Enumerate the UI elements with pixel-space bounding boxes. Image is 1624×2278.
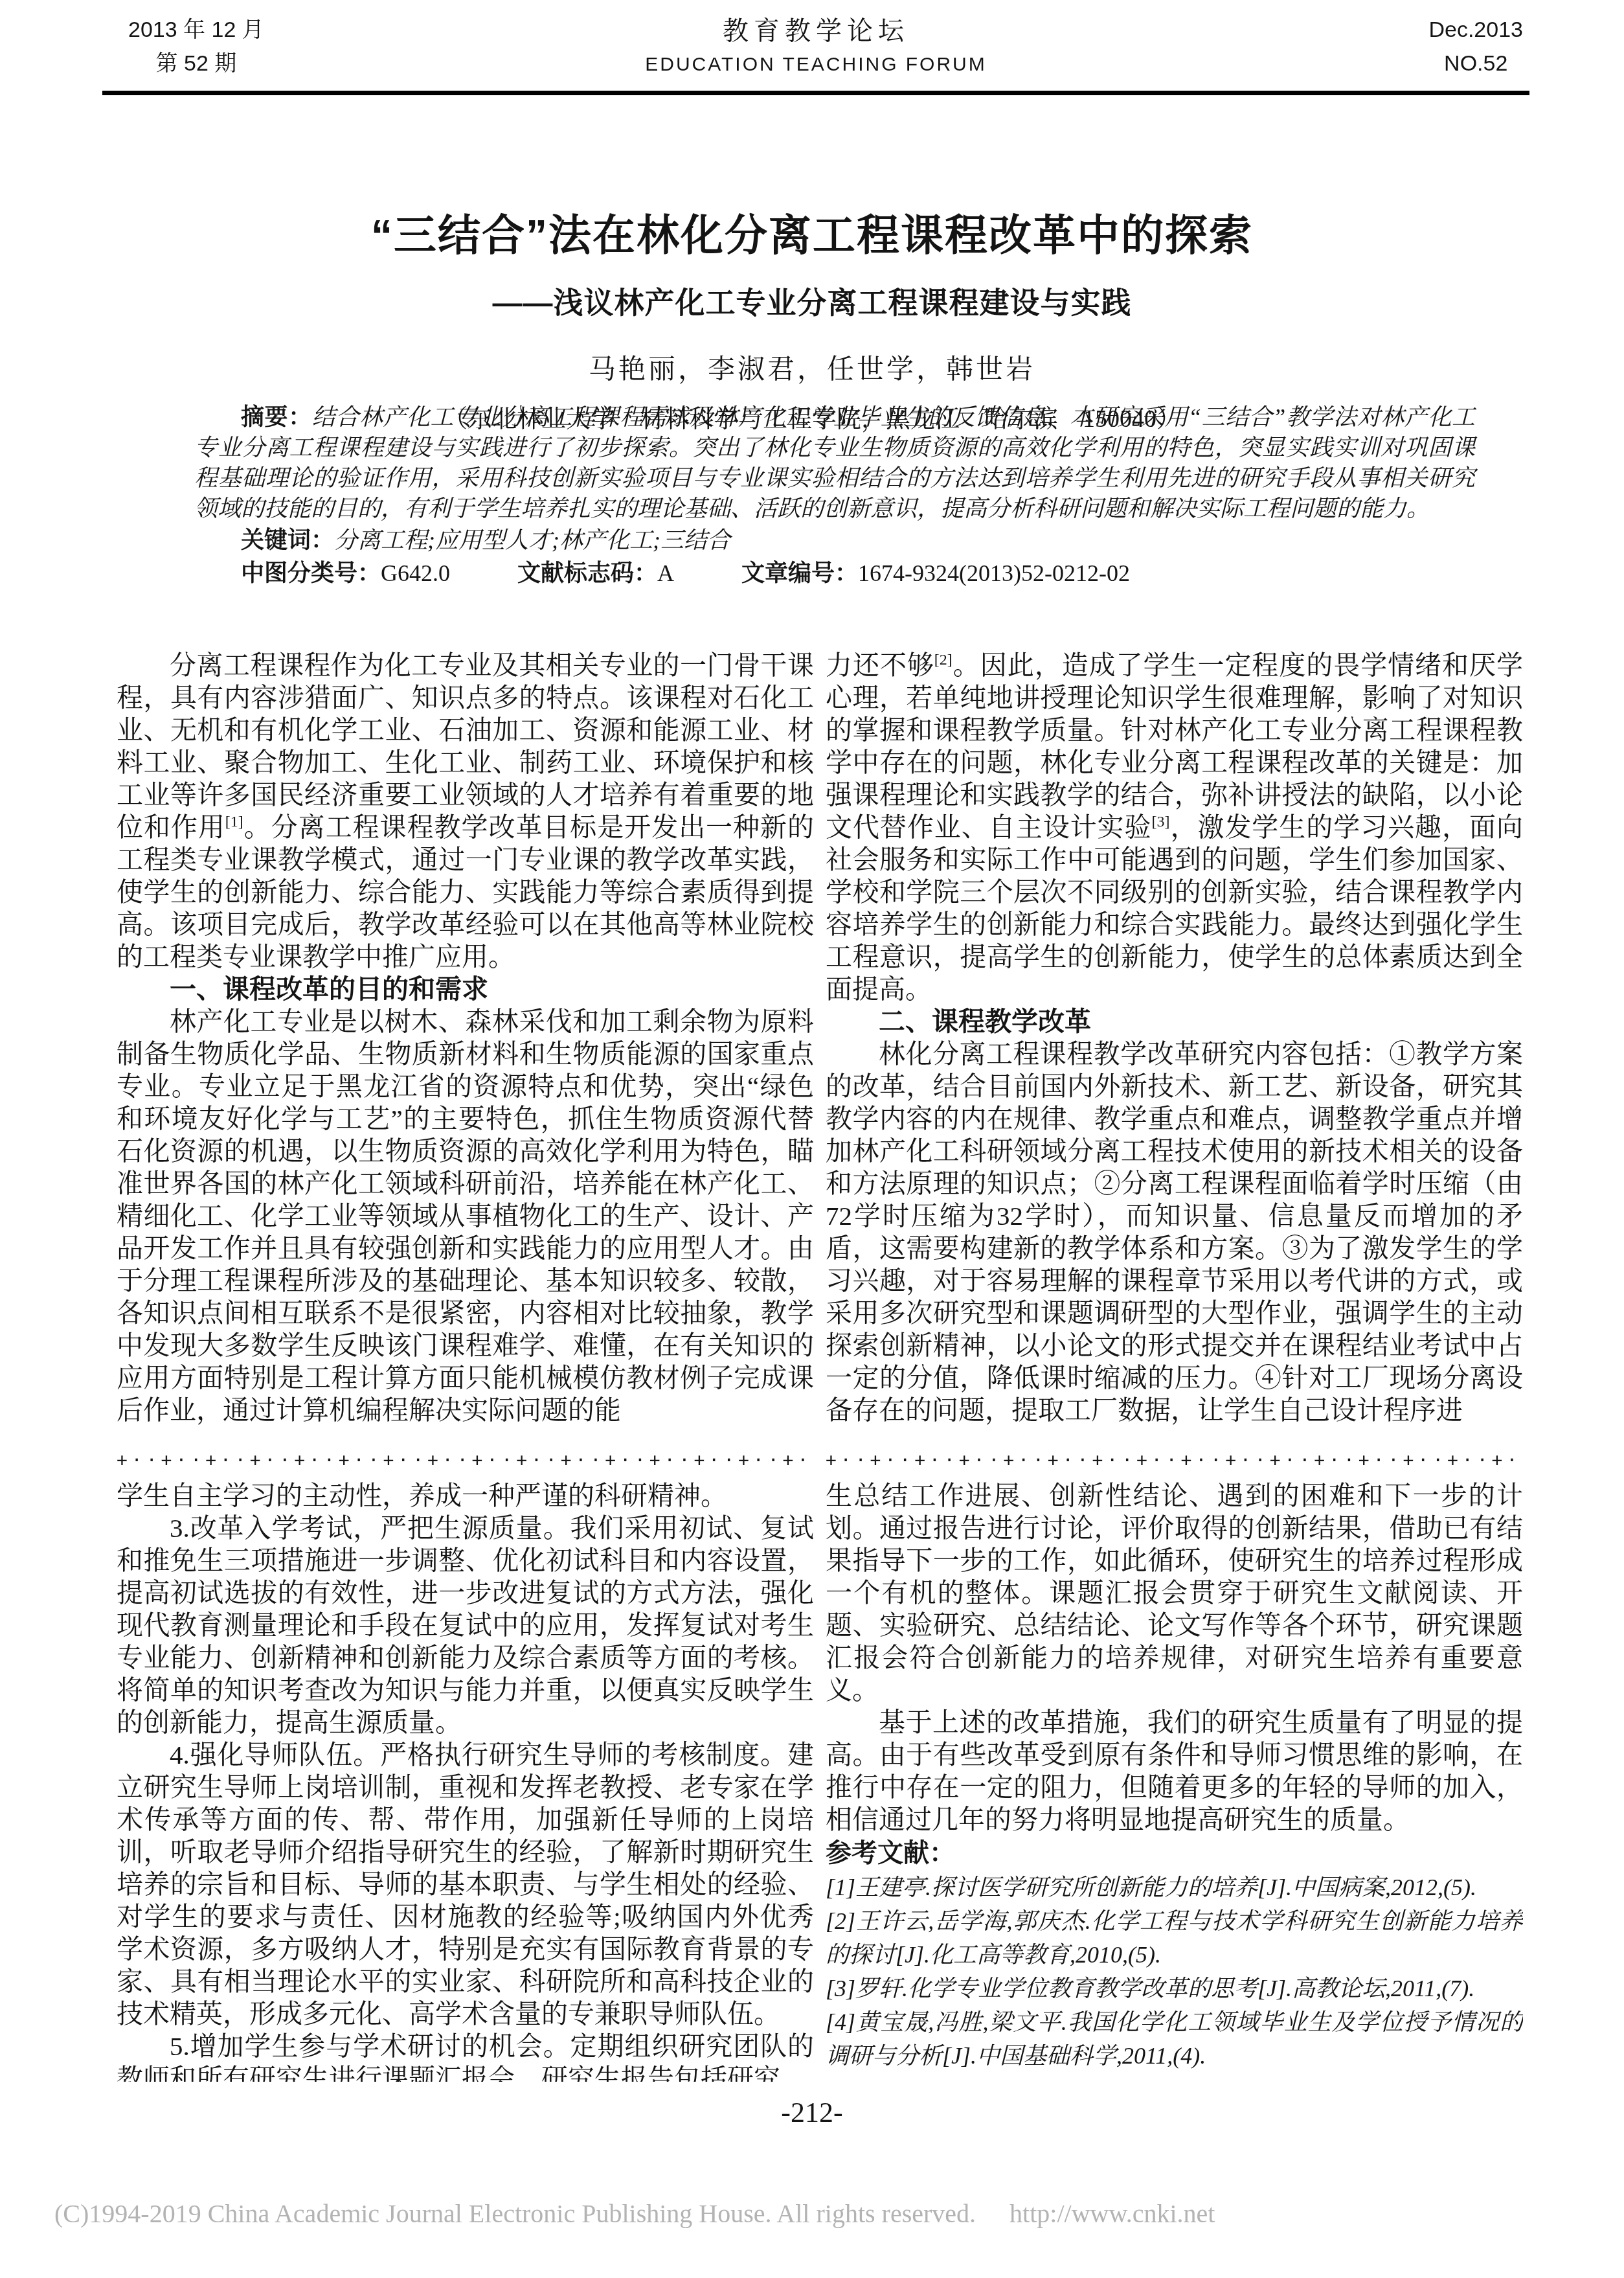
continuation-paragraph: 学生自主学习的主动性，养成一种严谨的科研精神。 <box>117 1479 814 1512</box>
reference-item: [2]王许云,岳学海,郭庆杰.化学工程与技术学科研究生创新能力培养的探讨[J].… <box>826 1904 1523 1972</box>
article-title-block: “三结合”法在林化分离工程课程改革中的探索 ——浅议林产化工专业分离工程课程建设… <box>0 201 1624 434</box>
left-column-other-article: 学生自主学习的主动性，养成一种严谨的科研精神。 3.改革入学考试，严把生源质量。… <box>117 1479 814 2082</box>
copyright-notice: (C)1994-2019 China Academic Journal Elec… <box>54 2199 976 2228</box>
cnki-url: http://www.cnki.net <box>1009 2199 1215 2228</box>
abstract-block: 摘要：结合林产化工专业分离工程课程需求及林产化工专业毕业生的反馈信息，本研究采用… <box>194 402 1475 590</box>
reference-item: [1]王建亭.探讨医学研究所创新能力的培养[J].中国病案,2012,(5). <box>826 1871 1523 1904</box>
doc-code-pair: 文献标志码：A <box>517 560 674 586</box>
clc-pair: 中图分类号：G642.0 <box>241 560 450 586</box>
right-column-other-article: 生总结工作进展、创新性结论、遇到的困难和下一步的计划。通过报告进行讨论，评价取得… <box>826 1479 1523 2082</box>
page-number: -212- <box>0 2096 1624 2129</box>
doc-code-label: 文献标志码： <box>517 560 657 586</box>
header-issue-block-cn: 2013 年 12 月 第 52 期 <box>128 13 264 80</box>
article-id: 1674-9324(2013)52-0212-02 <box>858 560 1130 586</box>
paragraph: 林化分离工程课程教学改革研究内容包括：①教学方案的改革，结合目前国内外新技术、新… <box>826 1038 1523 1426</box>
keywords-text: 分离工程;应用型人才;林产化工;三结合 <box>334 527 730 553</box>
right-column: 力还不够[2]。因此，造成了学生一定程度的畏学情绪和厌学心理，若单纯地讲授理论知… <box>826 649 1523 2082</box>
journal-date-en: Dec.2013 <box>1428 13 1523 47</box>
journal-header: 2013 年 12 月 第 52 期 教育教学论坛 EDUCATION TEAC… <box>102 82 1529 95</box>
journal-issue-cn: 第 52 期 <box>128 47 264 80</box>
continuation-paragraph: 力还不够[2]。因此，造成了学生一定程度的畏学情绪和厌学心理，若单纯地讲授理论知… <box>826 649 1523 1005</box>
journal-masthead: 教育教学论坛 EDUCATION TEACHING FORUM <box>645 13 987 80</box>
keywords-line: 关键词：分离工程;应用型人才;林产化工;三结合 <box>194 524 1475 556</box>
article-title: “三结合”法在林化分离工程课程改革中的探索 <box>0 201 1624 262</box>
clc-label: 中图分类号： <box>241 560 381 586</box>
section-heading-2: 二、课程教学改革 <box>826 1005 1523 1038</box>
left-column-main-article: 分离工程课程作为化工专业及其相关专业的一门骨干课程，具有内容涉猎面广、知识点多的… <box>117 649 814 1443</box>
paragraph: 3.改革入学考试，严把生源质量。我们采用初试、复试和推免生三项措施进一步调整、优… <box>117 1512 814 1738</box>
reference-item: [3]罗轩.化学专业学位教育教学改革的思考[J].高教论坛,2011,(7). <box>826 1972 1523 2005</box>
body-columns: 分离工程课程作为化工专业及其相关专业的一门骨干课程，具有内容涉猎面广、知识点多的… <box>117 649 1523 2082</box>
paragraph: 基于上述的改革措施，我们的研究生质量有了明显的提高。由于有些改革受到原有条件和导… <box>826 1706 1523 1836</box>
article-id-label: 文章编号： <box>741 560 858 586</box>
clc-number: G642.0 <box>381 560 450 586</box>
abstract-label: 摘要： <box>241 404 312 430</box>
article-divider-dashed: +··+··+··+··+··+··+··+··+··+··+··+··+··+… <box>826 1447 1523 1474</box>
right-column-main-article: 力还不够[2]。因此，造成了学生一定程度的畏学情绪和厌学心理，若单纯地讲授理论知… <box>826 649 1523 1443</box>
journal-page: 2013 年 12 月 第 52 期 教育教学论坛 EDUCATION TEAC… <box>0 0 1624 2278</box>
paragraph: 林产化工专业是以树木、森林采伐和加工剩余物为原料制备生物质化学品、生物质新材料和… <box>117 1005 814 1426</box>
references-heading: 参考文献： <box>826 1836 1523 1871</box>
authors-line: 马艳丽，李淑君，任世学，韩世岩 <box>0 348 1624 387</box>
continuation-paragraph: 生总结工作进展、创新性结论、遇到的困难和下一步的计划。通过报告进行讨论，评价取得… <box>826 1479 1523 1706</box>
abstract-text: 结合林产化工专业分离工程课程需求及林产化工专业毕业生的反馈信息，本研究采用“三结… <box>194 404 1475 521</box>
publication-meta-line: 中图分类号：G642.0 文献标志码：A 文章编号：1674-9324(2013… <box>194 556 1475 590</box>
copyright-footer: (C)1994-2019 China Academic Journal Elec… <box>54 2198 1215 2229</box>
doc-code: A <box>657 560 674 586</box>
paragraph: 分离工程课程作为化工专业及其相关专业的一门骨干课程，具有内容涉猎面广、知识点多的… <box>117 649 814 973</box>
reference-item: [4]黄宝晟,冯胜,梁文平.我国化学化工领域毕业生及学位授予情况的调研与分析[J… <box>826 2005 1523 2073</box>
abstract-paragraph: 摘要：结合林产化工专业分离工程课程需求及林产化工专业毕业生的反馈信息，本研究采用… <box>194 402 1475 524</box>
article-divider-dashed: +··+··+··+··+··+··+··+··+··+··+··+··+··+… <box>117 1447 814 1474</box>
journal-date-cn: 2013 年 12 月 <box>128 13 264 47</box>
journal-issue-en: NO.52 <box>1428 47 1523 80</box>
header-issue-block-en: Dec.2013 NO.52 <box>1428 13 1523 80</box>
journal-title-cn: 教育教学论坛 <box>645 13 987 49</box>
article-subtitle: ——浅议林产化工专业分离工程课程建设与实践 <box>0 279 1624 322</box>
article-id-pair: 文章编号：1674-9324(2013)52-0212-02 <box>741 560 1130 586</box>
paragraph: 5.增加学生参与学术研讨的机会。定期组织研究团队的教师和所有研究生进行课题汇报会… <box>117 2030 814 2082</box>
journal-title-en: EDUCATION TEACHING FORUM <box>645 49 987 80</box>
section-heading-1: 一、课程改革的目的和需求 <box>117 973 814 1005</box>
paragraph: 4.强化导师队伍。严格执行研究生导师的考核制度。建立研究生导师上岗培训制，重视和… <box>117 1738 814 2030</box>
left-column: 分离工程课程作为化工专业及其相关专业的一门骨干课程，具有内容涉猎面广、知识点多的… <box>117 649 814 2082</box>
keywords-label: 关键词： <box>241 527 334 553</box>
